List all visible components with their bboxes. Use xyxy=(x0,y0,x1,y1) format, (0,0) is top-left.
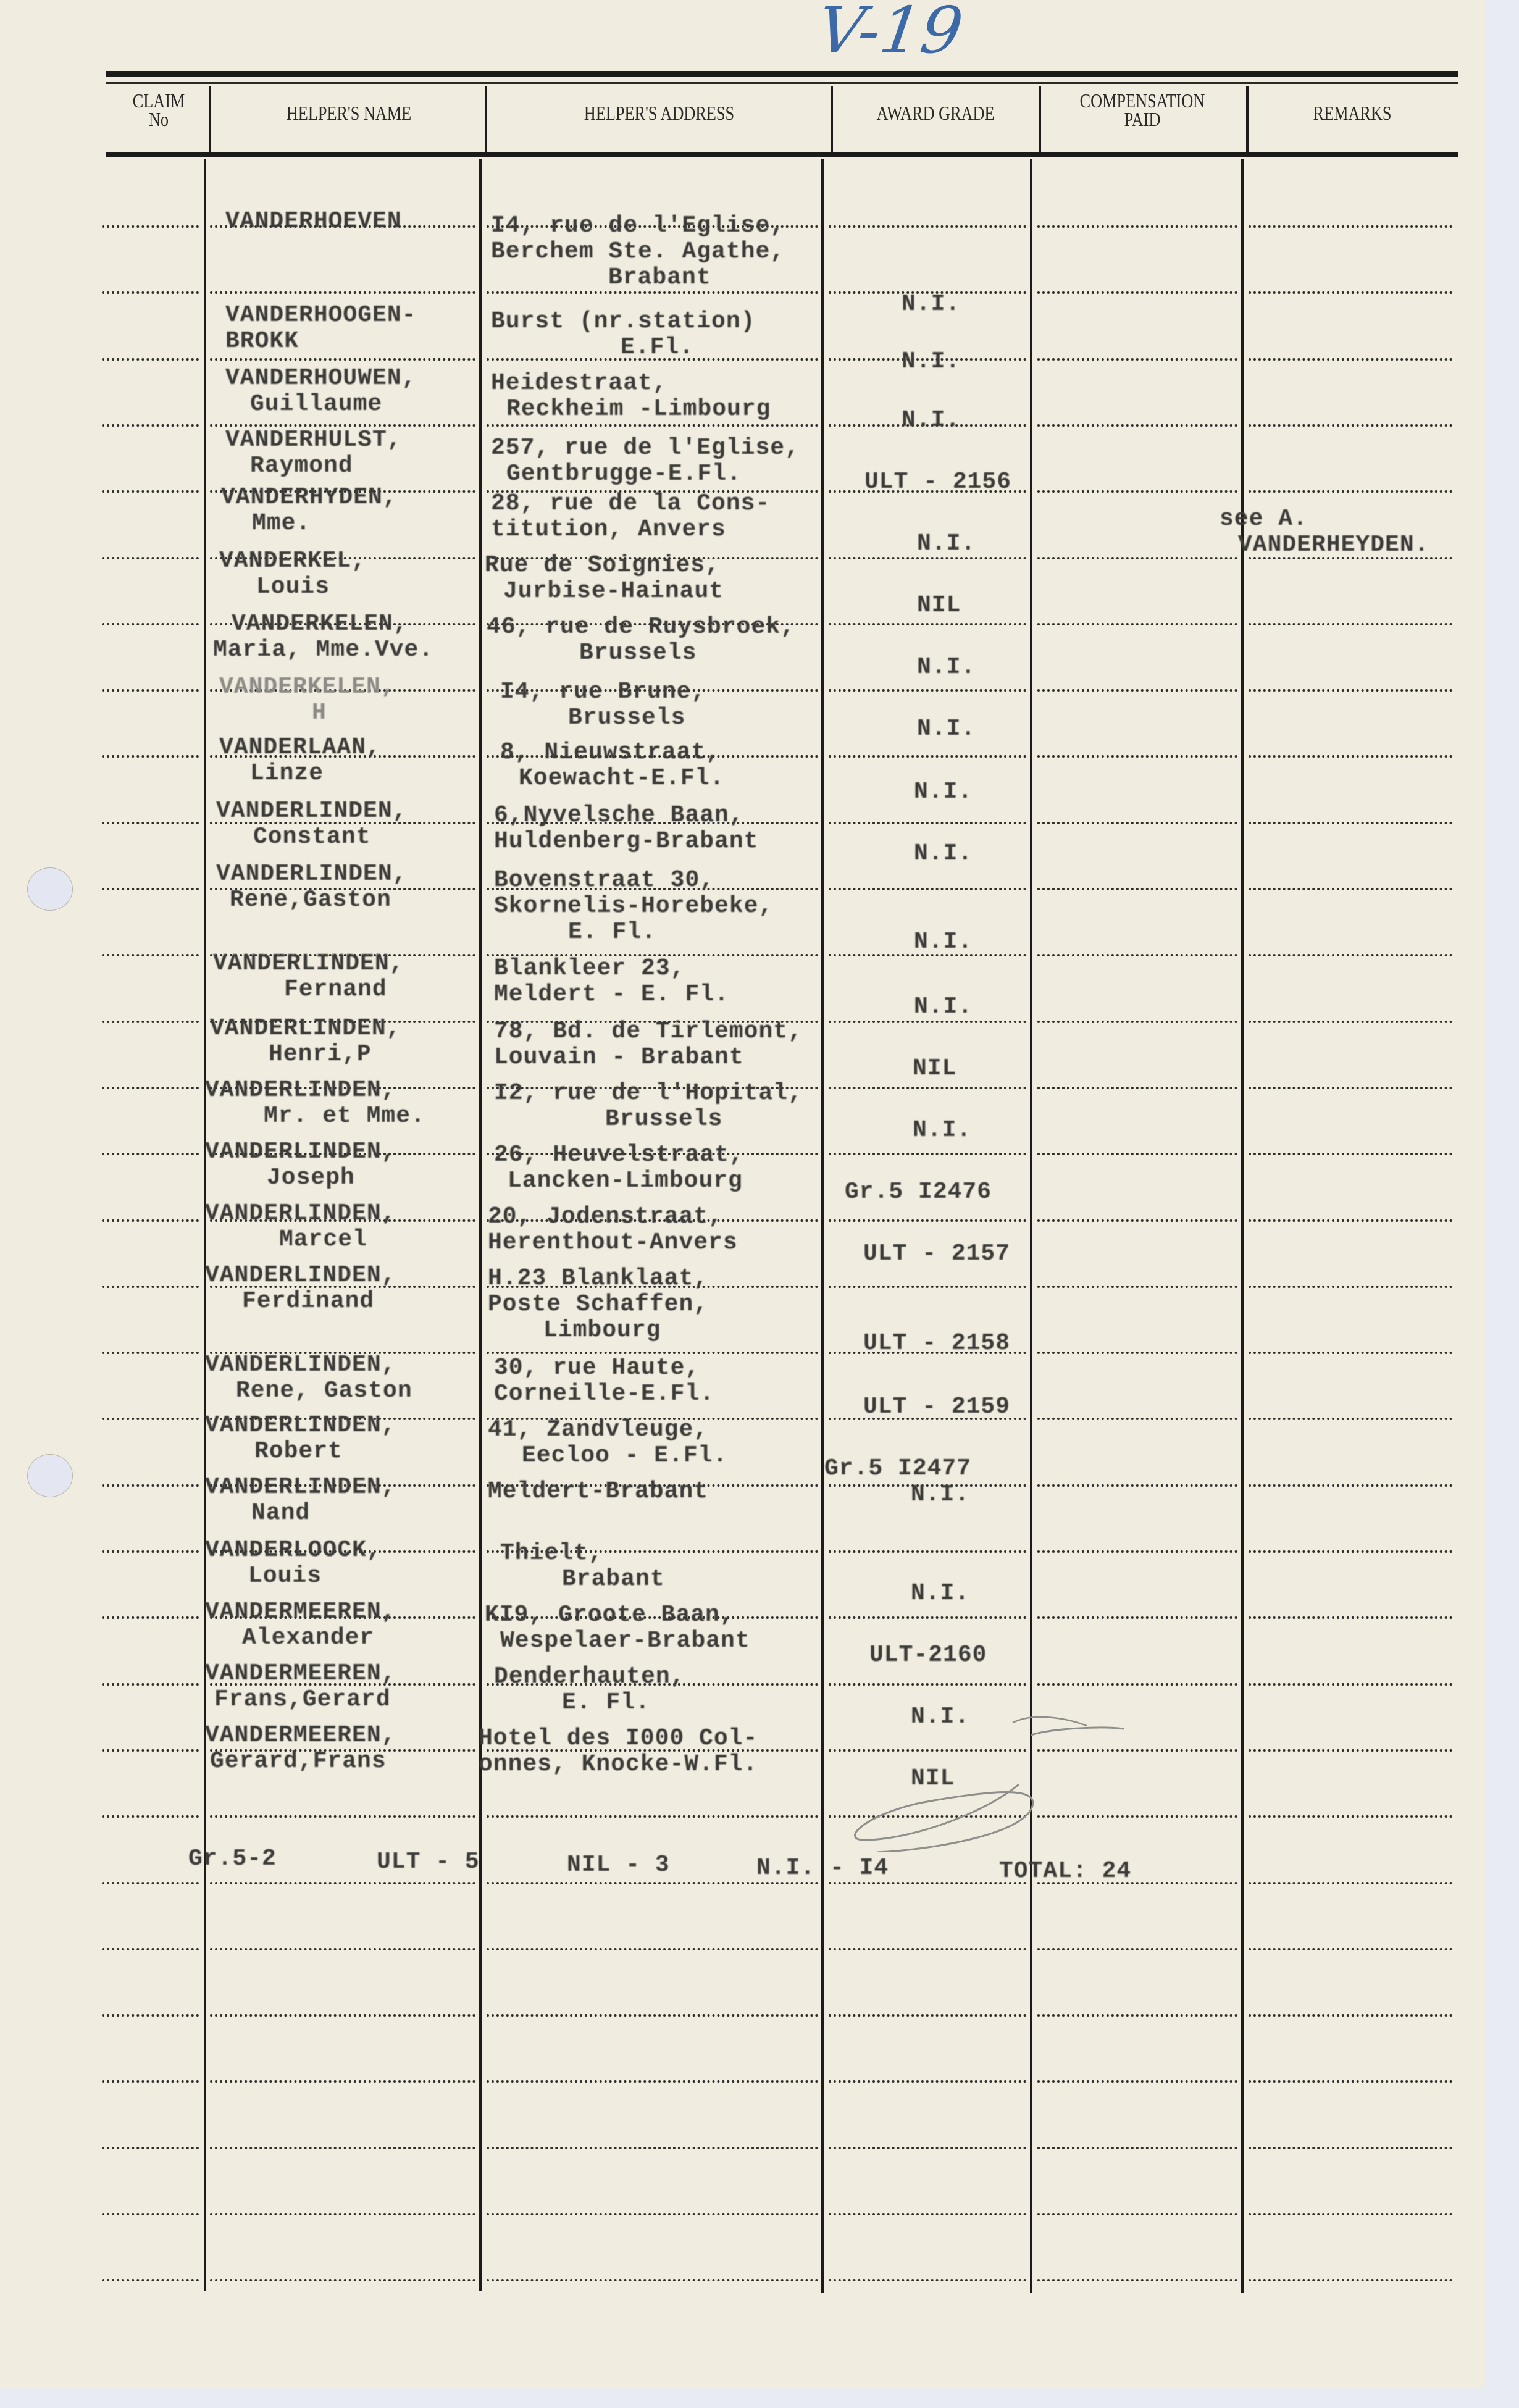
dotted-rule xyxy=(487,1352,818,1354)
dotted-rule xyxy=(1037,822,1237,824)
pencil-scribble xyxy=(827,1692,1136,1852)
header-claim-no: CLAIM No xyxy=(121,91,197,128)
entry-address: Hotel des I000 Col-onnes, Knocke-W.Fl. xyxy=(479,1726,758,1778)
entry-name: VANDERKELEN,H xyxy=(219,674,396,726)
entry-award: N.I. xyxy=(902,349,960,375)
dotted-rule xyxy=(1037,2279,1237,2281)
entry-address: H.23 Blanklaat,Poste Schaffen,Limbourg xyxy=(488,1266,708,1344)
dotted-rule xyxy=(1249,1749,1452,1752)
dotted-rule xyxy=(102,1749,199,1752)
column-line-address-award xyxy=(821,159,824,2293)
entry-address: I4, rue de l'Eglise,Berchem Ste. Agathe,… xyxy=(491,213,785,291)
header-helpers-name: HELPER'S NAME xyxy=(238,104,461,122)
dotted-rule xyxy=(1249,2014,1452,2017)
dotted-rule xyxy=(1037,1286,1237,1288)
dotted-rule xyxy=(102,1948,199,1950)
dotted-rule xyxy=(1249,424,1452,427)
column-line-award-comp xyxy=(1030,159,1032,2293)
header-comp-line1: COMPENSATION xyxy=(1059,91,1226,110)
dotted-rule xyxy=(829,1948,1026,1950)
dotted-rule xyxy=(487,2279,818,2281)
dotted-rule xyxy=(1037,2147,1237,2149)
dotted-rule xyxy=(1037,755,1237,758)
summary-nil: NIL - 3 xyxy=(567,1852,670,1878)
dotted-rule xyxy=(829,2080,1026,2083)
dotted-rule xyxy=(1037,1616,1237,1619)
entry-award: N.I. xyxy=(914,994,973,1020)
dotted-rule xyxy=(102,1815,199,1818)
dotted-rule xyxy=(102,689,199,692)
entry-award: NIL xyxy=(913,1056,956,1082)
dotted-rule xyxy=(829,2213,1026,2215)
dotted-rule xyxy=(210,2147,475,2149)
dotted-rule xyxy=(1249,1550,1452,1553)
dotted-rule xyxy=(210,2014,475,2017)
entry-award: Gr.5 I2476 xyxy=(845,1179,992,1205)
dotted-rule xyxy=(1037,490,1237,493)
dotted-rule xyxy=(1249,2147,1452,2149)
entry-address: Denderhauten,E. Fl. xyxy=(494,1664,685,1716)
entry-award: NIL xyxy=(917,593,961,619)
dotted-rule xyxy=(1249,291,1452,294)
entry-name: VANDERHYDEN,Mme. xyxy=(221,485,398,537)
entry-address: Rue de Soignies,Jurbise-Hainaut xyxy=(485,553,724,604)
entry-address: Meldert-Brabant xyxy=(488,1479,708,1505)
dotted-rule xyxy=(102,1418,199,1420)
dotted-rule xyxy=(102,2279,199,2281)
entry-address: I4, rue Brune,Brussels xyxy=(500,679,706,731)
dotted-rule xyxy=(1037,1087,1237,1089)
dotted-rule xyxy=(1037,1948,1237,1950)
dotted-rule xyxy=(1037,1550,1237,1553)
dotted-rule xyxy=(210,291,475,294)
entry-award: N.I. xyxy=(914,929,973,955)
dotted-rule xyxy=(1249,822,1452,824)
dotted-rule xyxy=(210,1815,475,1818)
dotted-rule xyxy=(102,2080,199,2083)
dotted-rule xyxy=(829,1683,1026,1686)
dotted-rule xyxy=(1037,1683,1237,1686)
dotted-rule xyxy=(829,1021,1026,1023)
entry-name: VANDERLINDEN,Marcel xyxy=(205,1201,396,1253)
dotted-rule xyxy=(1249,623,1452,625)
column-line-comp-remarks xyxy=(1241,159,1244,2293)
entry-name: VANDERLAAN,Linze xyxy=(219,735,381,787)
dotted-rule xyxy=(1249,1352,1452,1354)
dotted-rule xyxy=(102,888,199,890)
entry-award: N.I. xyxy=(914,779,973,805)
entry-award: N.I. xyxy=(902,291,960,317)
entry-name: VANDERLOOCK,Louis xyxy=(205,1537,382,1589)
dotted-rule xyxy=(210,2080,475,2083)
dotted-rule xyxy=(829,755,1026,758)
entry-award: ULT - 2157 xyxy=(863,1241,1010,1267)
dotted-rule xyxy=(829,557,1026,559)
dotted-rule xyxy=(1249,1286,1452,1288)
dotted-rule xyxy=(487,1882,818,1884)
dotted-rule xyxy=(102,1882,199,1884)
dotted-rule xyxy=(102,1683,199,1686)
dotted-rule xyxy=(102,1021,199,1023)
dotted-rule xyxy=(1249,1683,1452,1686)
header-remarks: REMARKS xyxy=(1266,104,1439,122)
dotted-rule xyxy=(1249,1153,1452,1155)
entry-award: ULT - 2156 xyxy=(864,469,1011,495)
dotted-rule xyxy=(487,1948,818,1950)
dotted-rule xyxy=(829,1219,1026,1222)
entry-address: 28, rue de la Cons-titution, Anvers xyxy=(491,491,770,543)
entry-address: 20, Jodenstraat,Herenthout-Anvers xyxy=(488,1204,738,1256)
dotted-rule xyxy=(1037,1418,1237,1420)
dotted-rule xyxy=(102,557,199,559)
header-sep-1 xyxy=(209,86,211,152)
entry-name: VANDERLINDEN,Nand xyxy=(205,1474,396,1526)
dotted-rule xyxy=(1249,1484,1452,1487)
header-helpers-address: HELPER'S ADDRESS xyxy=(519,104,800,122)
entry-address: 30, rue Haute,Corneille-E.Fl. xyxy=(494,1355,714,1407)
entry-award: N.I. xyxy=(917,531,976,557)
dotted-rule xyxy=(210,358,475,361)
entry-remarks: see A.VANDERHEYDEN. xyxy=(1220,506,1429,558)
entry-address: 78, Bd. de Tirlemont,Louvain - Brabant xyxy=(494,1019,803,1071)
dotted-rule xyxy=(487,424,818,427)
entry-name: VANDERMEEREN,Alexander xyxy=(205,1599,396,1651)
dotted-rule xyxy=(829,1153,1026,1155)
dotted-rule xyxy=(102,1087,199,1089)
entry-name: VANDERLINDEN,Fernand xyxy=(213,951,404,1003)
dotted-rule xyxy=(487,2213,818,2215)
dotted-rule xyxy=(1249,2279,1452,2281)
dotted-rule xyxy=(1037,623,1237,625)
dotted-rule xyxy=(829,689,1026,692)
entry-name: VANDERHOUWEN,Guillaume xyxy=(225,366,416,417)
dotted-rule xyxy=(1037,1153,1237,1155)
dotted-rule xyxy=(102,755,199,758)
entry-award: ULT - 2159 xyxy=(863,1394,1010,1420)
dotted-rule xyxy=(102,623,199,625)
dotted-rule xyxy=(1249,1815,1452,1818)
dotted-rule xyxy=(829,1550,1026,1553)
dotted-rule xyxy=(1249,689,1452,692)
dotted-rule xyxy=(102,1286,199,1288)
entry-name: VANDERLINDEN,Henri,P xyxy=(210,1016,401,1068)
entry-address: Thielt,Brabant xyxy=(500,1541,665,1592)
entry-award: N.I. xyxy=(911,1482,969,1508)
dotted-rule xyxy=(487,2014,818,2017)
header-compensation-paid: COMPENSATION PAID xyxy=(1059,91,1226,128)
entry-address: KI9, Groote Baan,Wespelaer-Brabant xyxy=(485,1602,750,1654)
dotted-rule xyxy=(1249,1948,1452,1950)
entry-award: N.I. xyxy=(902,408,960,433)
header-sep-4 xyxy=(1039,86,1041,152)
summary-ult: ULT - 5 xyxy=(377,1849,480,1875)
entry-address: 6,Nyvelsche Baan,Huldenberg-Brabant xyxy=(494,803,758,855)
entry-name: VANDERKEL,Louis xyxy=(219,548,366,600)
dotted-rule xyxy=(102,1352,199,1354)
summary-ni: N.I. - I4 xyxy=(756,1855,889,1881)
dotted-rule xyxy=(102,1616,199,1619)
dotted-rule xyxy=(1037,557,1237,559)
header-sep-2 xyxy=(485,86,487,152)
dotted-rule xyxy=(1037,424,1237,427)
entry-address: Burst (nr.station)E.Fl. xyxy=(491,309,755,361)
entry-award: ULT - 2158 xyxy=(863,1331,1010,1357)
dotted-rule xyxy=(1249,1021,1452,1023)
punch-hole-bottom xyxy=(27,1454,73,1497)
entry-award: N.I. xyxy=(911,1581,969,1607)
dotted-rule xyxy=(829,225,1026,228)
header-sep-5 xyxy=(1246,86,1249,152)
dotted-rule xyxy=(487,291,818,294)
dotted-rule xyxy=(829,888,1026,890)
dotted-rule xyxy=(1037,2014,1237,2017)
dotted-rule xyxy=(487,2147,818,2149)
dotted-rule xyxy=(829,1286,1026,1288)
entry-name: VANDERLINDEN,Rene,Gaston xyxy=(216,861,407,913)
dotted-rule xyxy=(1037,888,1237,890)
dotted-rule xyxy=(1037,358,1237,361)
dotted-rule xyxy=(1037,1484,1237,1487)
header-bottom-rule xyxy=(106,152,1458,157)
dotted-rule xyxy=(1249,1087,1452,1089)
dotted-rule xyxy=(1249,1219,1452,1222)
entry-name: VANDERLINDEN,Rene, Gaston xyxy=(205,1352,412,1404)
column-line-name-address xyxy=(479,159,482,2291)
dotted-rule xyxy=(1249,1418,1452,1420)
dotted-rule xyxy=(210,1882,475,1884)
entry-address: I2, rue de l'Hopital,Brussels xyxy=(494,1081,803,1132)
dotted-rule xyxy=(1249,954,1452,956)
entry-award: N.I. xyxy=(913,1118,971,1143)
entry-name: VANDERLINDEN,Constant xyxy=(216,798,407,850)
dotted-rule xyxy=(829,623,1026,625)
entry-address: 26, Heuvelstraat,Lancken-Limbourg xyxy=(494,1142,744,1194)
dotted-rule xyxy=(1037,689,1237,692)
entry-address: Heidestraat,Reckheim -Limbourg xyxy=(491,370,771,422)
header-thin-rule xyxy=(106,82,1458,84)
ledger-page: V-19 CLAIM No HELPER'S NAME HELPER'S ADD… xyxy=(0,0,1485,2388)
dotted-rule xyxy=(829,2279,1026,2281)
dotted-rule xyxy=(1249,358,1452,361)
dotted-rule xyxy=(1037,1219,1237,1222)
dotted-rule xyxy=(102,1550,199,1553)
dotted-rule xyxy=(1037,1352,1237,1354)
dotted-rule xyxy=(829,822,1026,824)
entry-address: 8, Nieuwstraat,Koewacht-E.Fl. xyxy=(500,740,724,792)
header-comp-line2: PAID xyxy=(1059,110,1226,128)
dotted-rule xyxy=(210,1948,475,1950)
dotted-rule xyxy=(1249,225,1452,228)
entry-address: 257, rue de l'Eglise,Gentbrugge-E.Fl. xyxy=(491,435,800,487)
dotted-rule xyxy=(1249,755,1452,758)
dotted-rule xyxy=(102,954,199,956)
handwritten-file-ref: V-19 xyxy=(813,0,967,68)
dotted-rule xyxy=(1249,1882,1452,1884)
entry-address: Bovenstraat 30,Skornelis-Horebeke,E. Fl. xyxy=(494,867,773,945)
entry-address: 46, rue de Ruysbroek,Brussels xyxy=(487,614,795,666)
dotted-rule xyxy=(1249,1616,1452,1619)
dotted-rule xyxy=(102,225,199,228)
dotted-rule xyxy=(1037,291,1237,294)
dotted-rule xyxy=(1037,2213,1237,2215)
entry-address: Blankleer 23,Meldert - E. Fl. xyxy=(494,956,729,1008)
dotted-rule xyxy=(1037,954,1237,956)
dotted-rule xyxy=(1037,1021,1237,1023)
header-sep-3 xyxy=(831,86,833,152)
entry-name: VANDERLINDEN,Mr. et Mme. xyxy=(205,1077,425,1129)
header-award-grade: AWARD GRADE xyxy=(852,104,1019,122)
entry-award: N.I. xyxy=(917,716,976,742)
dotted-rule xyxy=(1249,2080,1452,2083)
dotted-rule xyxy=(102,1153,199,1155)
entry-name: VANDERMEEREN,Gerard,Frans xyxy=(205,1723,396,1775)
dotted-rule xyxy=(102,2147,199,2149)
summary-gr5: Gr.5-2 xyxy=(188,1846,277,1872)
entry-award: N.I. xyxy=(914,841,973,867)
entry-name: VANDERLINDEN,Joseph xyxy=(205,1139,396,1191)
dotted-rule xyxy=(1037,225,1237,228)
dotted-rule xyxy=(829,1087,1026,1089)
entry-name: VANDERHULST,Raymond xyxy=(225,427,402,479)
entry-name: VANDERMEEREN,Frans,Gerard xyxy=(205,1661,396,1713)
dotted-rule xyxy=(210,2279,475,2281)
dotted-rule xyxy=(102,2014,199,2017)
dotted-rule xyxy=(829,1882,1026,1884)
dotted-rule xyxy=(102,2213,199,2215)
dotted-rule xyxy=(102,1219,199,1222)
dotted-rule xyxy=(829,1616,1026,1619)
dotted-rule xyxy=(102,291,199,294)
entry-name: VANDERHOOGEN-BROKK xyxy=(225,303,416,354)
dotted-rule xyxy=(102,1484,199,1487)
entry-name: VANDERKELEN,Maria, Mme.Vve. xyxy=(213,611,433,663)
dotted-rule xyxy=(487,2080,818,2083)
dotted-rule xyxy=(102,490,199,493)
entry-name: VANDERHOEVEN xyxy=(225,209,402,235)
entry-award: ULT-2160 xyxy=(869,1642,987,1668)
summary-total: TOTAL: 24 xyxy=(999,1858,1131,1884)
dotted-rule xyxy=(1037,2080,1237,2083)
dotted-rule xyxy=(1249,2213,1452,2215)
dotted-rule xyxy=(829,2014,1026,2017)
dotted-rule xyxy=(210,2213,475,2215)
dotted-rule xyxy=(102,424,199,427)
entry-address: 41, Zandvleuge,Eecloo - E.Fl. xyxy=(488,1417,727,1469)
header-claim-line1: CLAIM xyxy=(121,91,197,110)
dotted-rule xyxy=(1249,888,1452,890)
dotted-rule xyxy=(829,2147,1026,2149)
header-claim-line2: No xyxy=(121,110,197,128)
entry-award: Gr.5 I2477 xyxy=(824,1456,971,1482)
entry-name: VANDERLINDEN,Ferdinand xyxy=(205,1263,396,1315)
dotted-rule xyxy=(102,358,199,361)
dotted-rule xyxy=(487,1815,818,1818)
entry-name: VANDERLINDEN,Robert xyxy=(205,1413,396,1465)
dotted-rule xyxy=(1249,490,1452,493)
header-top-rule xyxy=(106,71,1458,77)
punch-hole-top xyxy=(27,867,73,911)
entry-award: N.I. xyxy=(917,654,976,680)
dotted-rule xyxy=(102,822,199,824)
